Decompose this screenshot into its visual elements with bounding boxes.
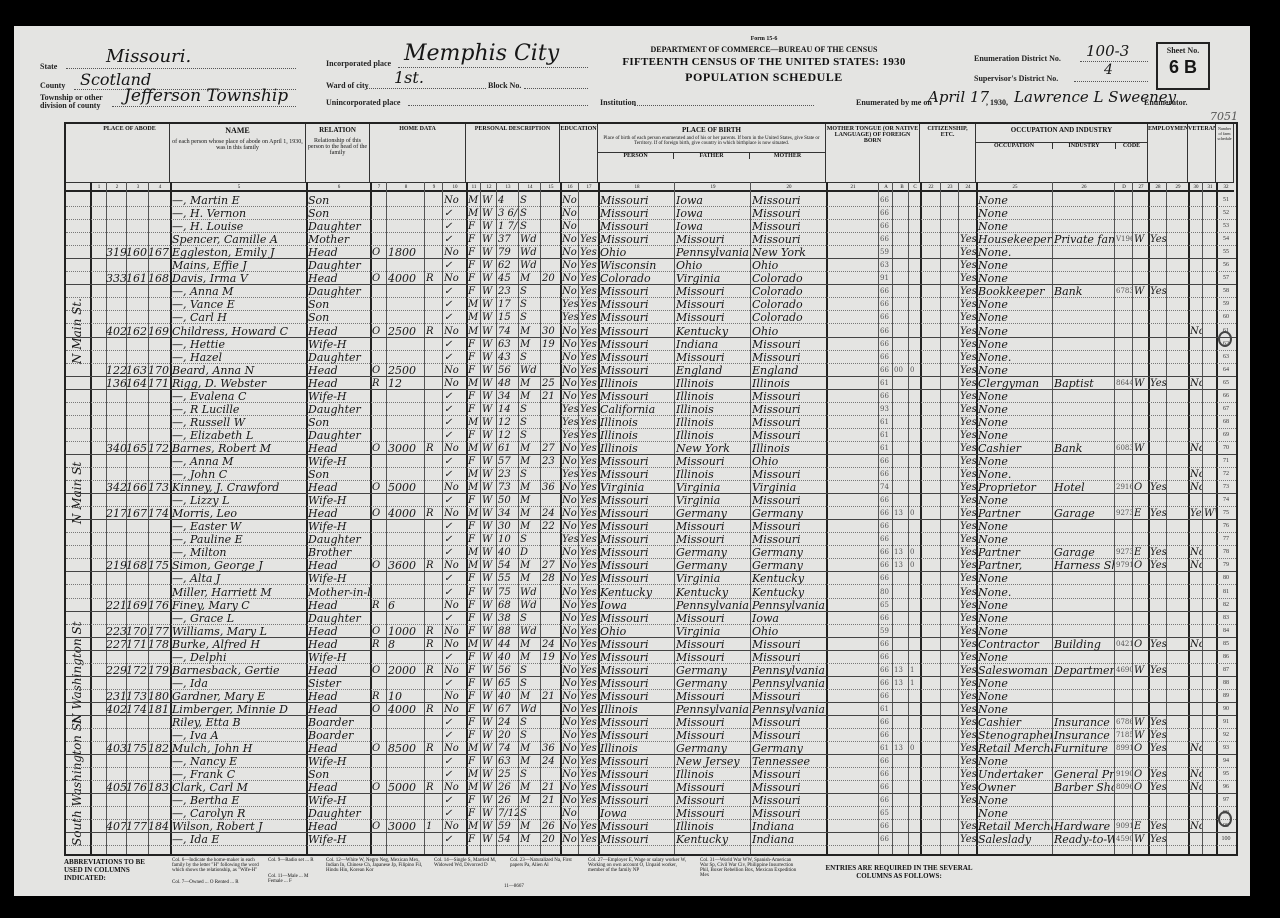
- at-work: [1150, 298, 1166, 311]
- relation: Head: [308, 599, 370, 612]
- war: [1204, 716, 1216, 729]
- family-number: [148, 311, 170, 324]
- header-employment: EMPLOYMENT: [1148, 124, 1188, 182]
- table-row: 63—, HazelDaughter✓FW43SNoYesMissouriMis…: [66, 351, 1236, 364]
- attended-school: No: [562, 351, 578, 364]
- marital-status: Wd: [520, 703, 540, 716]
- birthplace-person: Wisconsin: [600, 259, 674, 272]
- table-row: 80—, Alta JWife-H✓FW55M28NoYesMissouriVi…: [66, 572, 1236, 585]
- attended-school: No: [562, 285, 578, 298]
- age-at-marriage: [542, 807, 560, 820]
- age: 15: [498, 311, 518, 324]
- birthplace-person: California: [600, 403, 674, 416]
- speaks-english: Yes: [960, 781, 976, 794]
- table-row: 81Miller, Harriett MMother-in-law✓FW75Wd…: [66, 586, 1236, 599]
- radio-set: [426, 599, 442, 612]
- at-work: [1150, 364, 1166, 377]
- person-name: Finey, Mary C: [172, 599, 306, 612]
- sex: F: [468, 716, 480, 729]
- race: W: [482, 677, 496, 690]
- dwelling-number: [126, 455, 148, 468]
- column-number: 29: [1173, 183, 1183, 192]
- marital-status: S: [520, 807, 540, 820]
- birthplace-father: Pennsylvania: [676, 246, 750, 259]
- dwelling-number: [126, 403, 148, 416]
- house-number: 229: [106, 664, 126, 677]
- code-c: [910, 729, 920, 742]
- table-row: 77—, Pauline EDaughter✓FW10SYesYesMissou…: [66, 533, 1236, 546]
- code-c: [910, 690, 920, 703]
- class-of-worker: W: [1134, 729, 1148, 742]
- family-number: 183: [148, 781, 170, 794]
- age-at-marriage: 19: [542, 651, 560, 664]
- home-tenure: [372, 455, 386, 468]
- marital-status: Wd: [520, 364, 540, 377]
- at-work: Yes: [1150, 729, 1166, 742]
- person-name: —, Bertha E: [172, 794, 306, 807]
- class-of-worker: E: [1134, 546, 1148, 559]
- speaks-english: Yes: [960, 729, 976, 742]
- can-read: Yes: [580, 755, 598, 768]
- attended-school: No: [562, 338, 578, 351]
- speaks-english: Yes: [960, 625, 976, 638]
- person-name: Spencer, Camille A: [172, 233, 306, 246]
- dwelling-number: [126, 338, 148, 351]
- table-row: 99407177184Wilson, Robert JHeadO30001NoM…: [66, 820, 1236, 833]
- occupation: None: [978, 651, 1052, 664]
- war: [1204, 364, 1216, 377]
- radio-set: [426, 403, 442, 416]
- can-read: [580, 220, 598, 233]
- age-at-marriage: 23: [542, 455, 560, 468]
- farm-flag: ✓: [444, 468, 466, 481]
- farm-flag: No: [444, 325, 466, 338]
- occupation-code: [1116, 703, 1132, 716]
- race: W: [482, 638, 496, 651]
- home-value: 2500: [388, 364, 424, 377]
- industry: Baptist: [1054, 377, 1114, 390]
- line-number: 86: [1218, 651, 1234, 664]
- occupation: None.: [978, 246, 1052, 259]
- birthplace-father: Missouri: [676, 690, 750, 703]
- line-number: 85: [1218, 638, 1234, 651]
- code-c: [910, 442, 920, 455]
- radio-set: [426, 233, 442, 246]
- age-at-marriage: 20: [542, 272, 560, 285]
- birthplace-mother: Ohio: [752, 625, 826, 638]
- table-row: 83—, Grace LDaughter✓FW38SNoYesMissouriM…: [66, 612, 1236, 625]
- race: W: [482, 664, 496, 677]
- code-a: 66: [880, 220, 892, 233]
- code-c: [910, 338, 920, 351]
- veteran: [1190, 220, 1202, 233]
- farm-flag: ✓: [444, 207, 466, 220]
- birthplace-father: Pennsylvania: [676, 599, 750, 612]
- occupation-code: 7185: [1116, 729, 1132, 742]
- table-row: 97—, Bertha EWife-H✓FW26M21NoYesMissouri…: [66, 794, 1236, 807]
- family-number: 174: [148, 507, 170, 520]
- table-row: 71—, Anna MWife-H✓FW57M23NoYesMissouriMi…: [66, 455, 1236, 468]
- column-number: 21: [848, 183, 858, 192]
- veteran: [1190, 311, 1202, 324]
- can-read: Yes: [580, 390, 598, 403]
- occupation: Housekeeper: [978, 233, 1052, 246]
- veteran: [1190, 259, 1202, 272]
- birthplace-father: England: [676, 364, 750, 377]
- age: 63: [498, 755, 518, 768]
- attended-school: Yes: [562, 298, 578, 311]
- speaks-english: Yes: [960, 285, 976, 298]
- industry: Bank: [1054, 285, 1114, 298]
- farm-flag: ✓: [444, 807, 466, 820]
- attended-school: No: [562, 364, 578, 377]
- home-tenure: O: [372, 820, 386, 833]
- family-number: [148, 651, 170, 664]
- farm-flag: ✓: [444, 390, 466, 403]
- birthplace-person: Illinois: [600, 429, 674, 442]
- age-at-marriage: [542, 246, 560, 259]
- code-a: 66: [880, 820, 892, 833]
- war: [1204, 494, 1216, 507]
- class-of-worker: [1134, 651, 1148, 664]
- column-number: 24: [963, 183, 973, 192]
- house-number: [106, 468, 126, 481]
- home-value: 8: [388, 638, 424, 651]
- occupation-code: [1116, 572, 1132, 585]
- table-row: 66—, Evalena CWife-H✓FW34M21NoYesMissour…: [66, 390, 1236, 403]
- occupation-code: 6083: [1116, 442, 1132, 455]
- code-a: 66: [880, 207, 892, 220]
- can-read: Yes: [580, 259, 598, 272]
- home-tenure: O: [372, 272, 386, 285]
- class-of-worker: W: [1134, 233, 1148, 246]
- sex: M: [468, 481, 480, 494]
- birthplace-mother: Missouri: [752, 194, 826, 207]
- occupation: None: [978, 612, 1052, 625]
- table-row: 73342166173Kinney, J. CrawfordHeadO5000N…: [66, 481, 1236, 494]
- code-b: [894, 194, 908, 207]
- speaks-english: Yes: [960, 338, 976, 351]
- war: [1204, 755, 1216, 768]
- occupation: None: [978, 311, 1052, 324]
- age-at-marriage: 25: [542, 377, 560, 390]
- farm-flag: ✓: [444, 572, 466, 585]
- class-of-worker: E: [1134, 820, 1148, 833]
- table-row: 51—, Martin ESonNoMW4SNoMissouriIowaMiss…: [66, 194, 1236, 207]
- war: [1204, 599, 1216, 612]
- at-work: [1150, 429, 1166, 442]
- code-b: 13: [894, 546, 908, 559]
- radio-set: [426, 338, 442, 351]
- can-read: Yes: [580, 442, 598, 455]
- at-work: [1150, 677, 1166, 690]
- radio-set: R: [426, 507, 442, 520]
- code-a: 59: [880, 246, 892, 259]
- age: 74: [498, 742, 518, 755]
- house-number: [106, 768, 126, 781]
- sex: M: [468, 546, 480, 559]
- home-value: [388, 220, 424, 233]
- house-number: [106, 233, 126, 246]
- radio-set: R: [426, 625, 442, 638]
- age-at-marriage: [542, 599, 560, 612]
- class-of-worker: [1134, 338, 1148, 351]
- industry: [1054, 807, 1114, 820]
- class-of-worker: [1134, 612, 1148, 625]
- line-number: 96: [1218, 781, 1234, 794]
- race: W: [482, 768, 496, 781]
- home-value: [388, 351, 424, 364]
- war: [1204, 703, 1216, 716]
- can-read: Yes: [580, 572, 598, 585]
- column-number: 19: [708, 183, 718, 192]
- marital-status: S: [520, 220, 540, 233]
- code-b: [894, 351, 908, 364]
- relation: Boarder: [308, 716, 370, 729]
- code-a: 65: [880, 807, 892, 820]
- speaks-english: Yes: [960, 677, 976, 690]
- marital-status: M: [520, 272, 540, 285]
- code-a: 66: [880, 651, 892, 664]
- age-at-marriage: [542, 207, 560, 220]
- race: W: [482, 194, 496, 207]
- birthplace-person: Missouri: [600, 468, 674, 481]
- industry: Furniture: [1054, 742, 1114, 755]
- age-at-marriage: [542, 311, 560, 324]
- class-of-worker: [1134, 325, 1148, 338]
- birthplace-person: Missouri: [600, 572, 674, 585]
- industry: [1054, 690, 1114, 703]
- dwelling-number: 172: [126, 664, 148, 677]
- sex: M: [468, 442, 480, 455]
- can-read: Yes: [580, 494, 598, 507]
- line-number: 55: [1218, 246, 1234, 259]
- race: W: [482, 833, 496, 846]
- relation: Mother-in-law: [308, 586, 370, 599]
- industry: Ready-to-Wear: [1054, 833, 1114, 846]
- industry: Department Store: [1054, 664, 1114, 677]
- age: 48: [498, 377, 518, 390]
- relation: Brother: [308, 546, 370, 559]
- relation: Daughter: [308, 807, 370, 820]
- code-c: [910, 651, 920, 664]
- person-name: Williams, Mary L: [172, 625, 306, 638]
- occupation-code: [1116, 416, 1132, 429]
- home-tenure: O: [372, 325, 386, 338]
- occupation: None: [978, 455, 1052, 468]
- industry: [1054, 259, 1114, 272]
- age: 38: [498, 612, 518, 625]
- family-number: [148, 194, 170, 207]
- code-b: [894, 768, 908, 781]
- can-read: Yes: [580, 546, 598, 559]
- abbrev-col27: Col. 27—Employer E, Wage or salary worke…: [588, 858, 688, 873]
- block-label: Block No.: [488, 81, 521, 90]
- entries-title: ENTRIES ARE REQUIRED IN THE SEVERAL COLU…: [824, 864, 974, 880]
- institution-label: Institution: [600, 98, 636, 107]
- at-work: [1150, 651, 1166, 664]
- occupation-code: [1116, 455, 1132, 468]
- industry: Harness Shop: [1054, 559, 1114, 572]
- abbrev-col31: Col. 31—World War WW, Spanish-American W…: [700, 858, 800, 878]
- attended-school: No: [562, 220, 578, 233]
- occupation-code: [1116, 794, 1132, 807]
- house-number: 136: [106, 377, 126, 390]
- at-work: [1150, 311, 1166, 324]
- header-occupation: OCCUPATION AND INDUSTRY OCCUPATION INDUS…: [976, 124, 1148, 182]
- code-a: 66: [880, 690, 892, 703]
- occupation: None: [978, 625, 1052, 638]
- race: W: [482, 546, 496, 559]
- home-value: 3000: [388, 442, 424, 455]
- code-b: 13: [894, 507, 908, 520]
- column-number: A: [881, 183, 891, 192]
- relation: Head: [308, 364, 370, 377]
- industry: [1054, 586, 1114, 599]
- family-number: 179: [148, 664, 170, 677]
- table-row: 93403175182Mulch, John HHeadO8500RNoMW74…: [66, 742, 1236, 755]
- can-read: Yes: [580, 416, 598, 429]
- class-of-worker: [1134, 455, 1148, 468]
- relation: Head: [308, 442, 370, 455]
- home-value: [388, 546, 424, 559]
- birthplace-person: Missouri: [600, 494, 674, 507]
- birthplace-father: Germany: [676, 677, 750, 690]
- can-read: Yes: [580, 298, 598, 311]
- radio-set: [426, 651, 442, 664]
- occupation-code: [1116, 403, 1132, 416]
- code-c: 0: [910, 507, 920, 520]
- race: W: [482, 742, 496, 755]
- relation: Son: [308, 468, 370, 481]
- occupation: None: [978, 194, 1052, 207]
- birthplace-father: Illinois: [676, 390, 750, 403]
- birthplace-mother: Tennessee: [752, 755, 826, 768]
- attended-school: No: [562, 612, 578, 625]
- marital-status: S: [520, 429, 540, 442]
- occupation-code: [1116, 325, 1132, 338]
- family-number: 177: [148, 625, 170, 638]
- birthplace-person: Virginia: [600, 481, 674, 494]
- code-c: 0: [910, 364, 920, 377]
- age-at-marriage: [542, 586, 560, 599]
- table-row: 67—, R LucilleDaughter✓FW14SYesYesCalifo…: [66, 403, 1236, 416]
- class-of-worker: [1134, 586, 1148, 599]
- at-work: [1150, 416, 1166, 429]
- age-at-marriage: 27: [542, 442, 560, 455]
- line-number: 94: [1218, 755, 1234, 768]
- code-c: [910, 207, 920, 220]
- race: W: [482, 233, 496, 246]
- occupation: None: [978, 703, 1052, 716]
- veteran: [1190, 533, 1202, 546]
- home-value: [388, 768, 424, 781]
- age: 57: [498, 455, 518, 468]
- occupation: None: [978, 364, 1052, 377]
- sex: F: [468, 729, 480, 742]
- speaks-english: Yes: [960, 390, 976, 403]
- birthplace-mother: Missouri: [752, 338, 826, 351]
- sex: M: [468, 311, 480, 324]
- home-value: 1800: [388, 246, 424, 259]
- sex: F: [468, 520, 480, 533]
- age: 59: [498, 820, 518, 833]
- table-row: 90402174181Limberger, Minnie DHeadO4000R…: [66, 703, 1236, 716]
- birthplace-mother: Kentucky: [752, 572, 826, 585]
- marital-status: M: [520, 742, 540, 755]
- war: [1204, 690, 1216, 703]
- birthplace-father: Missouri: [676, 638, 750, 651]
- home-value: 5000: [388, 481, 424, 494]
- war: [1204, 285, 1216, 298]
- line-number: 88: [1218, 677, 1234, 690]
- birthplace-mother: Colorado: [752, 311, 826, 324]
- relation: Head: [308, 820, 370, 833]
- county-label: County: [40, 81, 65, 90]
- house-number: 405: [106, 781, 126, 794]
- home-tenure: [372, 572, 386, 585]
- person-name: Davis, Irma V: [172, 272, 306, 285]
- home-value: [388, 468, 424, 481]
- relation: Head: [308, 742, 370, 755]
- code-b: [894, 246, 908, 259]
- code-c: [910, 220, 920, 233]
- veteran: [1190, 494, 1202, 507]
- line-number: 57: [1218, 272, 1234, 285]
- relation: Daughter: [308, 351, 370, 364]
- occupation: None: [978, 220, 1052, 233]
- industry: [1054, 325, 1114, 338]
- family-number: 171: [148, 377, 170, 390]
- family-number: [148, 677, 170, 690]
- relation: Daughter: [308, 220, 370, 233]
- code-c: [910, 599, 920, 612]
- birthplace-mother: Missouri: [752, 533, 826, 546]
- dwelling-number: [126, 794, 148, 807]
- radio-set: [426, 194, 442, 207]
- person-name: Riley, Etta B: [172, 716, 306, 729]
- race: W: [482, 429, 496, 442]
- code-a: 61: [880, 377, 892, 390]
- age: 74: [498, 325, 518, 338]
- birthplace-mother: England: [752, 364, 826, 377]
- speaks-english: Yes: [960, 599, 976, 612]
- radio-set: [426, 494, 442, 507]
- house-number: [106, 572, 126, 585]
- code-c: [910, 586, 920, 599]
- birthplace-person: Missouri: [600, 729, 674, 742]
- birthplace-mother: Pennsylvania: [752, 664, 826, 677]
- line-number: 74: [1218, 494, 1234, 507]
- family-number: 172: [148, 442, 170, 455]
- veteran: No: [1190, 820, 1202, 833]
- person-name: —, Elizabeth L: [172, 429, 306, 442]
- veteran: No: [1190, 559, 1202, 572]
- person-name: —, Anna M: [172, 455, 306, 468]
- war: [1204, 612, 1216, 625]
- home-value: [388, 416, 424, 429]
- birthplace-person: Missouri: [600, 194, 674, 207]
- family-number: [148, 220, 170, 233]
- class-of-worker: [1134, 533, 1148, 546]
- code-b: [894, 311, 908, 324]
- farm-flag: ✓: [444, 494, 466, 507]
- occupation: None: [978, 272, 1052, 285]
- occupation-code: [1116, 755, 1132, 768]
- occupation-code: 4590: [1116, 833, 1132, 846]
- radio-set: R: [426, 742, 442, 755]
- occupation: None.: [978, 351, 1052, 364]
